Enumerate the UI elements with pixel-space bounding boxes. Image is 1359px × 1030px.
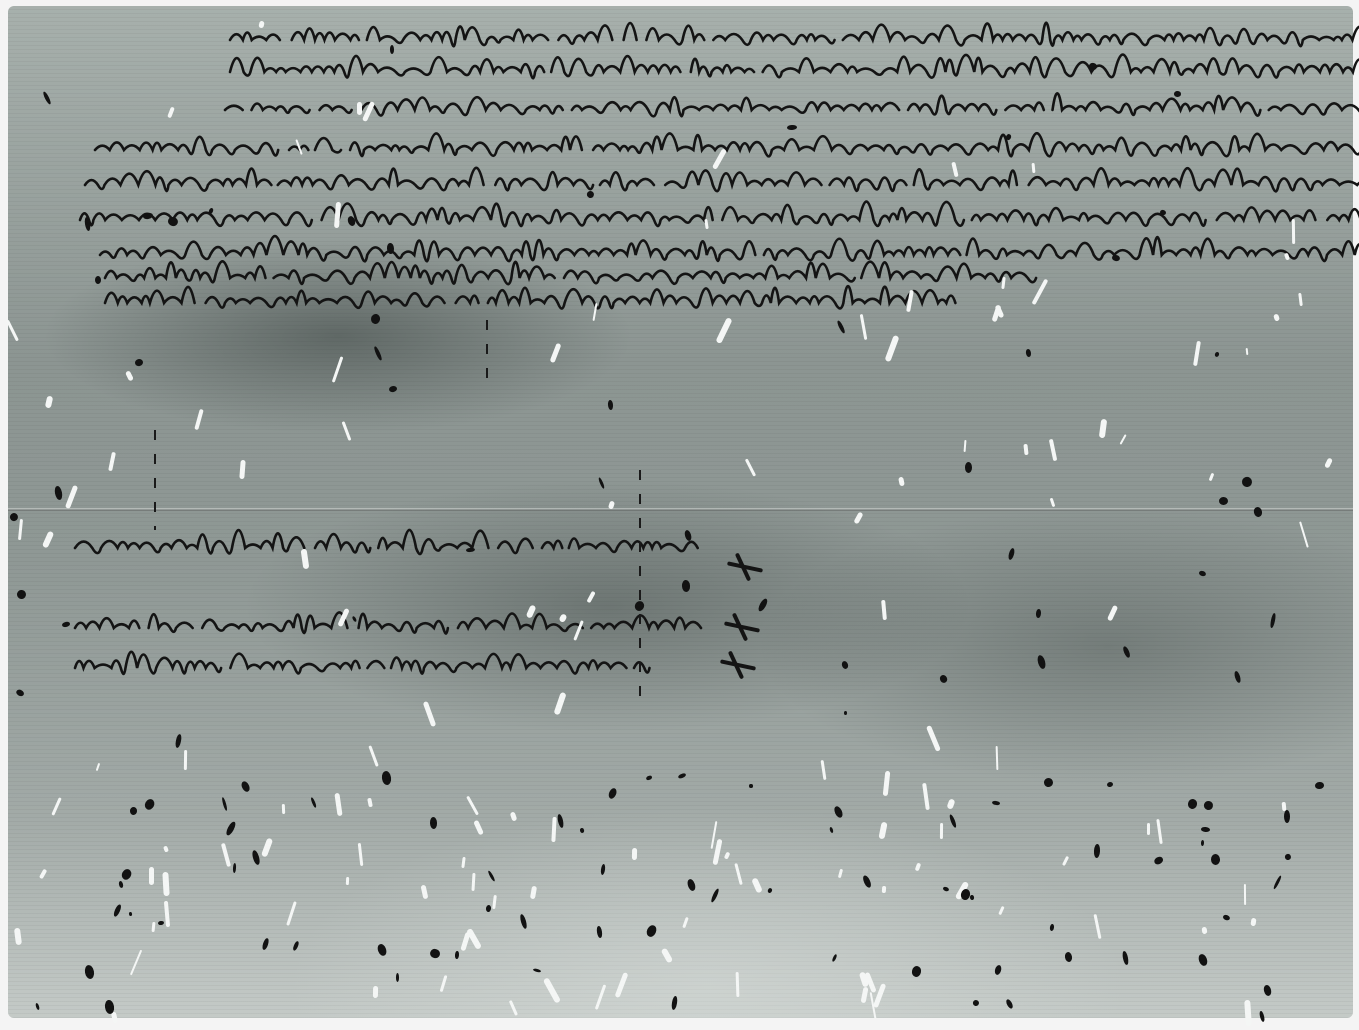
signature-line-3 (75, 652, 649, 674)
text-line-3 (225, 93, 1359, 116)
paper-hole (162, 872, 169, 896)
text-line-1 (230, 23, 1359, 47)
paper-hole (1281, 802, 1285, 811)
paper-hole (373, 986, 378, 999)
text-line-4 (95, 133, 1359, 156)
paper-hole (632, 848, 637, 860)
text-line-8 (105, 261, 1036, 284)
ink-blot (454, 951, 458, 959)
text-line-2 (230, 55, 1359, 79)
ink-blot (16, 589, 26, 599)
ink-blot (749, 784, 753, 788)
ink-blot (965, 462, 972, 473)
ink-blot (130, 807, 137, 815)
paper-hole (184, 750, 187, 770)
paper-hole (345, 877, 348, 885)
ink-blot (1219, 496, 1228, 504)
handwritten-text-layer (0, 0, 1359, 1030)
ink-blot (1111, 254, 1120, 262)
cross-mark-1 (725, 552, 765, 582)
cross-mark-2 (722, 612, 762, 642)
signature-line-2 (75, 612, 701, 633)
paper-hole (357, 102, 362, 115)
cross-mark-3 (718, 650, 758, 680)
ink-blot (1035, 609, 1041, 618)
ink-blot (95, 276, 101, 284)
text-line-7 (100, 236, 1359, 261)
ink-blot (1106, 781, 1113, 787)
signature-line-1 (75, 530, 706, 554)
ink-blot (1284, 810, 1290, 823)
text-line-9 (105, 286, 955, 308)
text-line-6 (80, 202, 1359, 227)
ink-blot (607, 400, 613, 411)
ink-blot (1174, 91, 1181, 97)
text-line-5 (85, 168, 1359, 192)
paper-hole (881, 886, 886, 893)
paper-hole (149, 867, 154, 885)
paper-hole (1147, 823, 1150, 835)
